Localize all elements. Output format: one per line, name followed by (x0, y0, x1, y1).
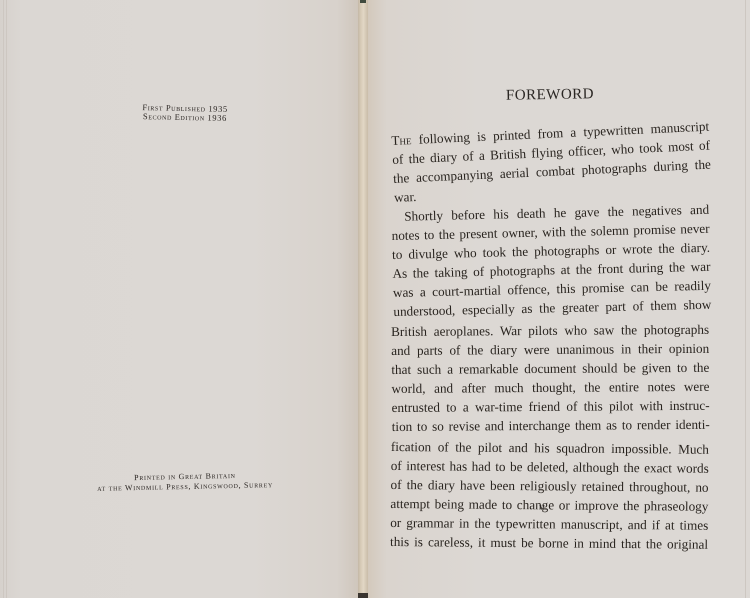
text-line: tion to so revise and interchange them a… (392, 415, 710, 436)
book-gutter (358, 0, 368, 598)
paragraph-1: The following is printed from a typewrit… (391, 117, 712, 208)
page-title: FOREWORD (470, 86, 630, 106)
text-line: entrusted to a war-time friend of this p… (392, 396, 710, 417)
book-spread: First Published 1935 Second Edition 1936… (0, 0, 750, 598)
printer-imprint: Printed in Great Britain at the Windmill… (70, 470, 300, 495)
text-line: world, and after much thought, the entir… (391, 377, 709, 398)
paragraph-2-part-c: fication of the pilot and his squadron i… (390, 437, 709, 554)
text-line: this is careless, it must be borne in mi… (390, 532, 708, 554)
text-line: or grammar in the typewritten manuscript… (390, 513, 708, 535)
text-line: fication of the pilot and his squadron i… (391, 437, 709, 459)
paragraph-2-part-a: Shortly before his death he gave the neg… (391, 200, 712, 322)
binding-top (360, 0, 366, 3)
text-line: of the diary have been religiously retai… (391, 475, 709, 497)
text-line: British aeroplanes. War pilots who saw t… (391, 320, 709, 341)
text-line: that such a remarkable document should b… (391, 358, 709, 379)
smallcaps-first-word: The (391, 132, 412, 148)
paragraph-2-part-b: British aeroplanes. War pilots who saw t… (391, 320, 710, 437)
page-edge (3, 0, 4, 598)
page-edge (745, 0, 746, 598)
foreword-body: The following is printed from a typewrit… (391, 131, 709, 551)
page-number: v (532, 501, 552, 513)
left-page: First Published 1935 Second Edition 1936… (0, 0, 358, 598)
binding-bottom (358, 593, 368, 598)
text-line: and parts of the diary were unanimous in… (391, 339, 709, 360)
text-line: of interest has had to be deleted, altho… (391, 456, 709, 478)
edition-imprint: First Published 1935 Second Edition 1936 (100, 102, 270, 124)
page-edge (6, 0, 7, 598)
